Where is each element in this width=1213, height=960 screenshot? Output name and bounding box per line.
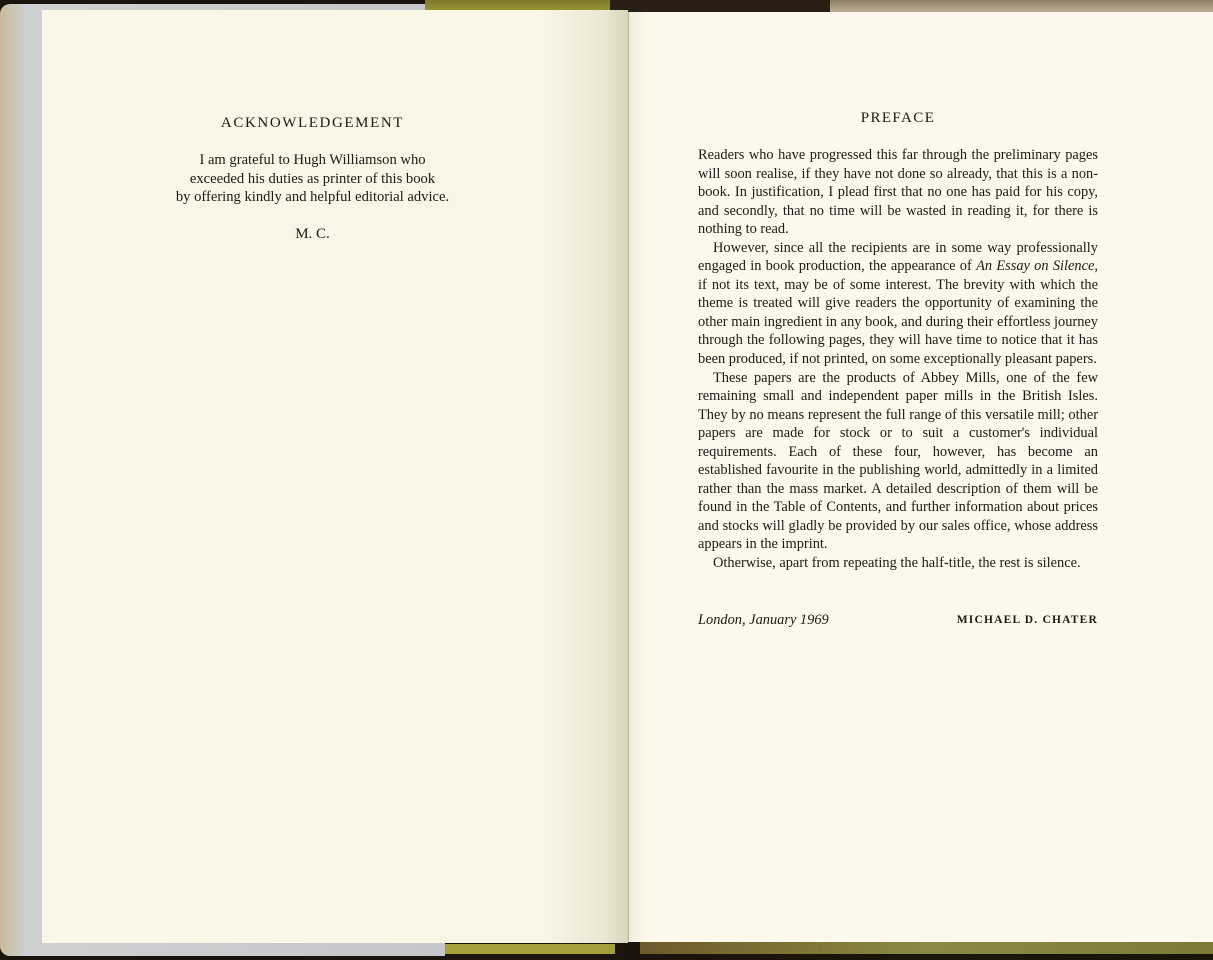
- preface-paragraph: Readers who have progressed this far thr…: [698, 146, 1098, 239]
- place-and-date: London, January 1969: [698, 612, 829, 629]
- acknowledgement-signature: M. C.: [0, 226, 625, 243]
- preface-paragraph: However, since all the recipients are in…: [698, 239, 1098, 369]
- preface-paragraph: Otherwise, apart from repeating the half…: [698, 554, 1098, 573]
- acknowledgement-heading: ACKNOWLEDGEMENT: [0, 115, 625, 132]
- book-cover-edge: [640, 942, 1213, 954]
- paragraph-text: , if not its text, may be of some intere…: [698, 258, 1098, 367]
- preface-paragraph: These papers are the products of Abbey M…: [698, 369, 1098, 554]
- preface-heading: PREFACE: [698, 110, 1098, 127]
- acknowledgement-line: exceeded his duties as printer of this b…: [0, 170, 625, 189]
- acknowledgement-line: by offering kindly and helpful editorial…: [0, 188, 625, 207]
- left-page: [42, 10, 628, 943]
- acknowledgement-line: I am grateful to Hugh Williamson who: [0, 151, 625, 170]
- acknowledgement-text: I am grateful to Hugh Williamson who exc…: [0, 151, 625, 207]
- book-cover-edge: [445, 944, 615, 954]
- author-name: MICHAEL D. CHATER: [900, 614, 1098, 626]
- book-title-italic: An Essay on Silence: [976, 258, 1094, 274]
- preface-text: Readers who have progressed this far thr…: [698, 146, 1098, 573]
